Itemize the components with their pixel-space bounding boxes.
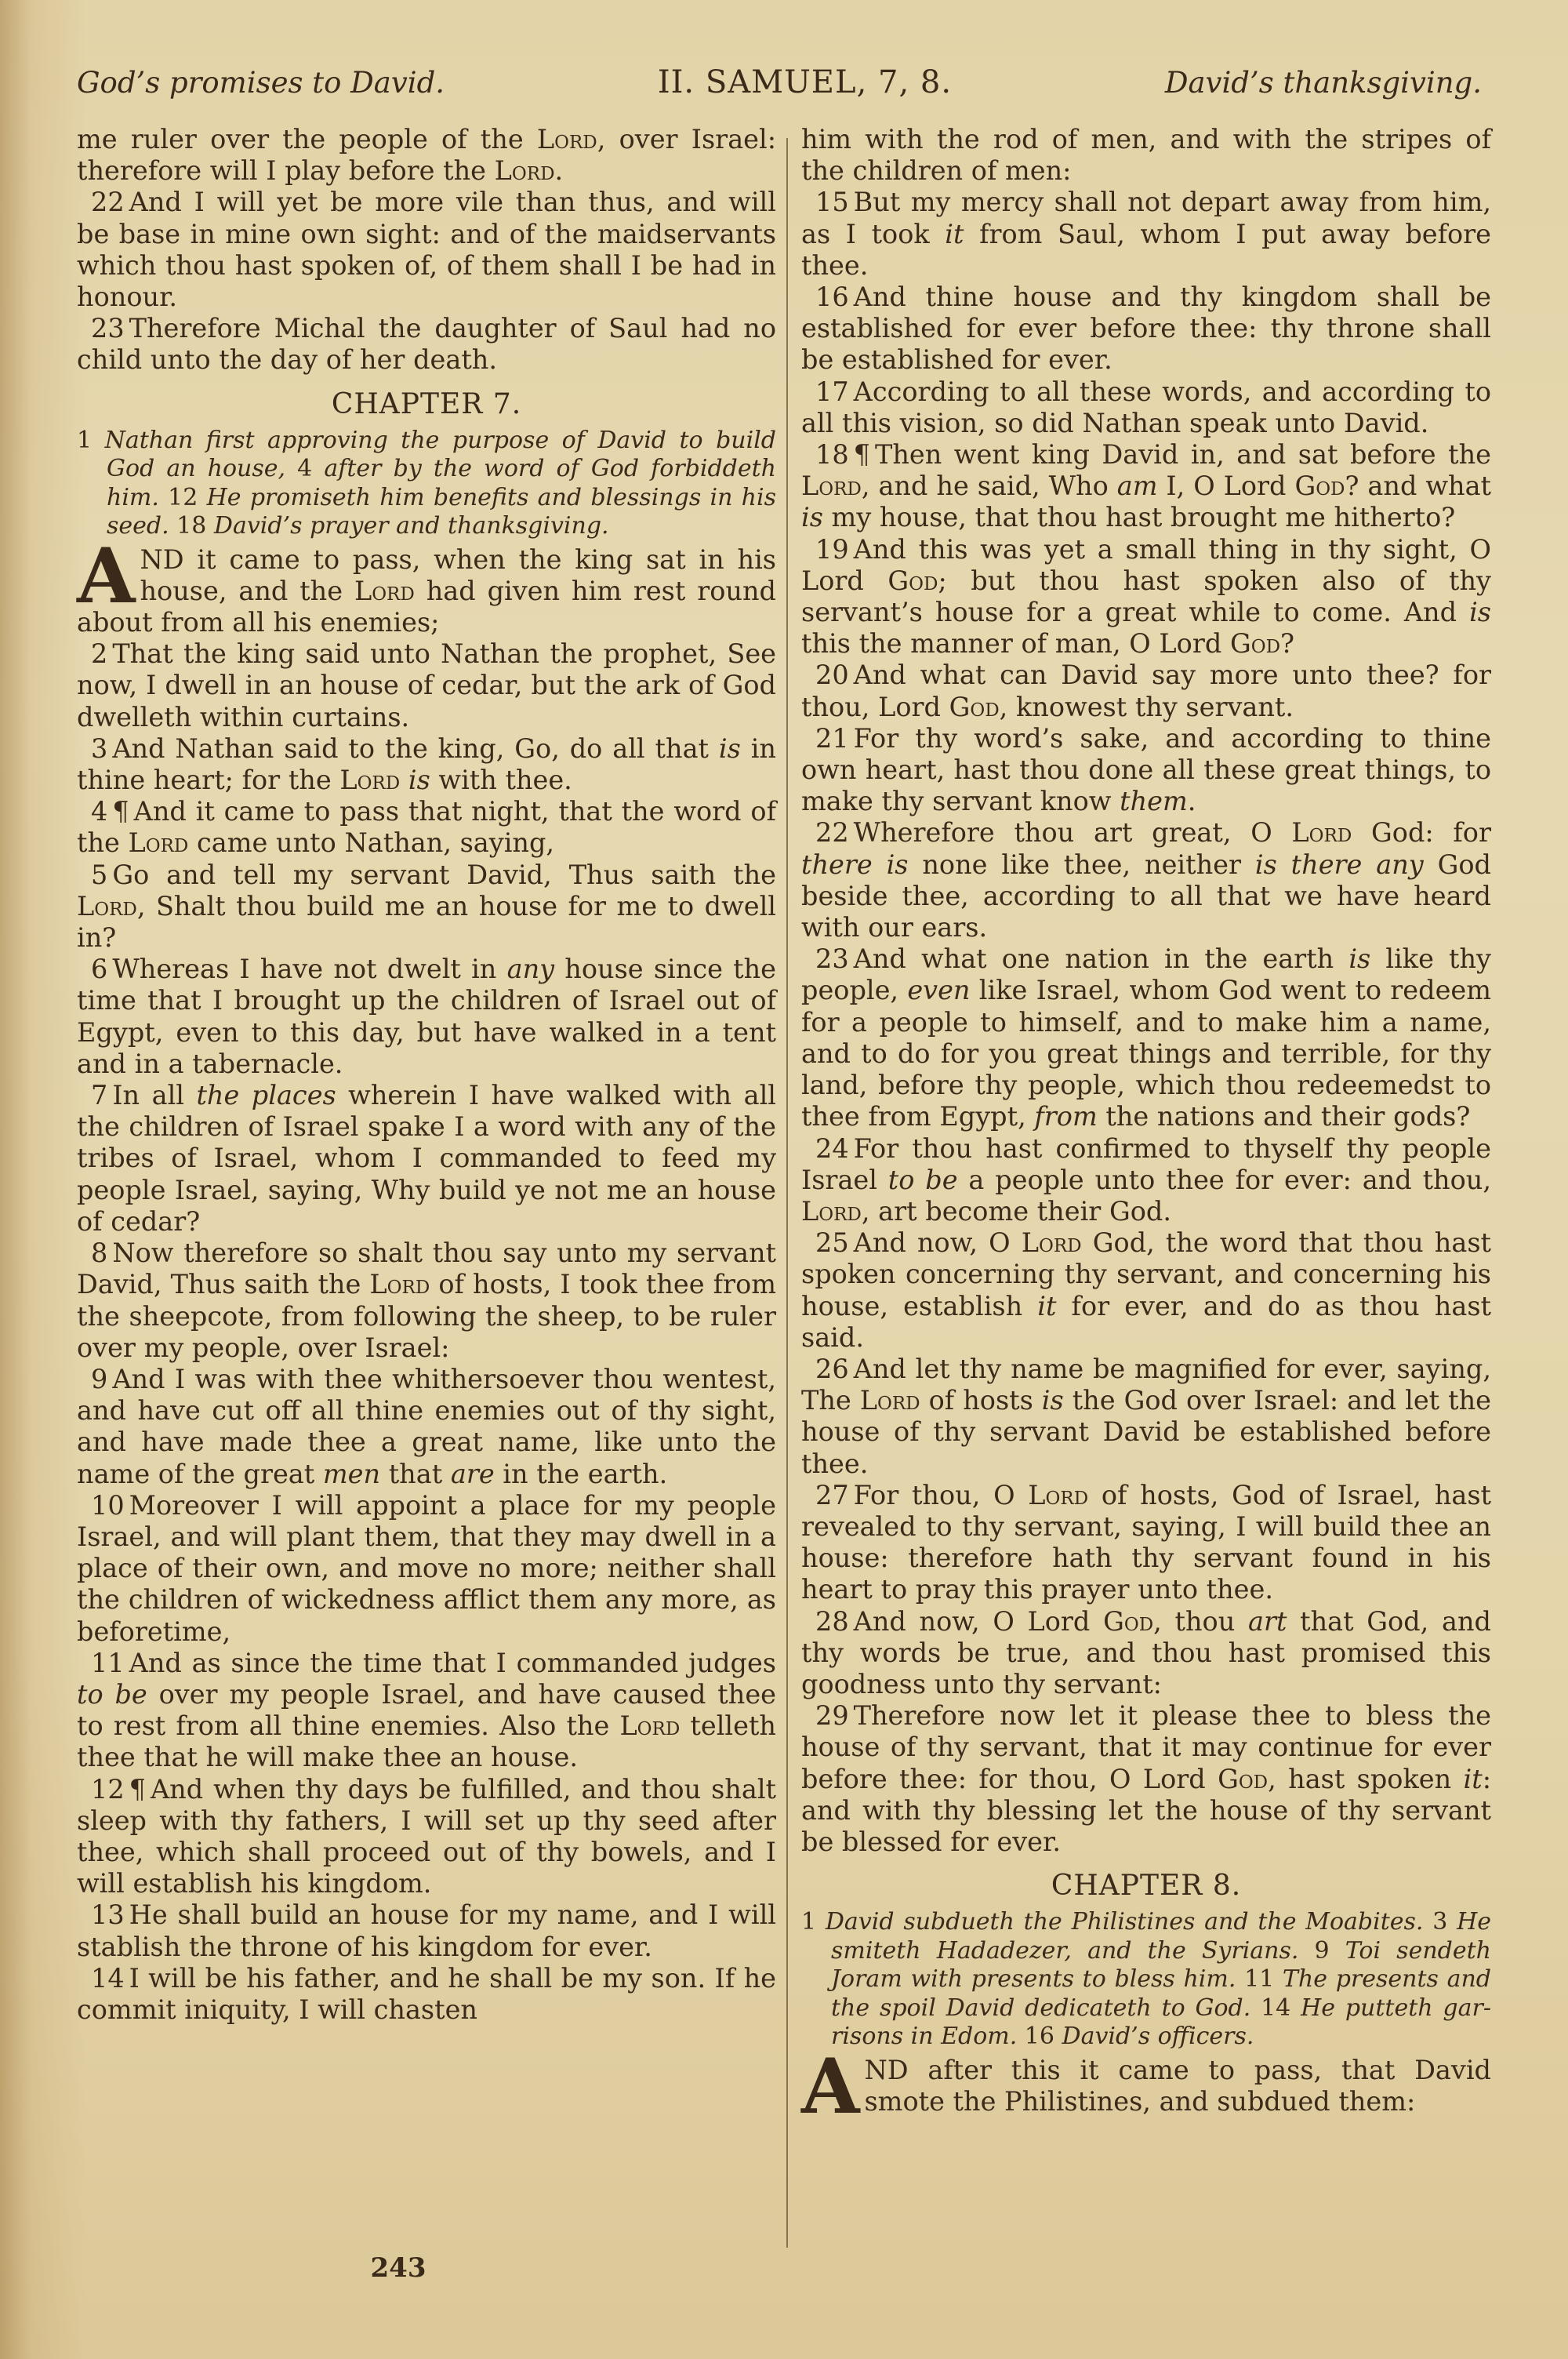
verse: 4¶And it came to pass that night, that t… bbox=[77, 796, 776, 859]
verse-reference: 9 bbox=[1315, 1937, 1330, 1965]
italic-text: art bbox=[1248, 1606, 1287, 1637]
italic-text: there is bbox=[801, 849, 908, 880]
italic-text: is bbox=[801, 502, 823, 533]
text-run: David’s prayer and thanksgiving. bbox=[206, 512, 608, 540]
verse: 14I will be his father, and he shall be … bbox=[77, 1963, 776, 2026]
text-run: ? and what bbox=[1345, 471, 1492, 501]
small-caps-text: God bbox=[1218, 1764, 1268, 1794]
text-run: me ruler over the people of the bbox=[77, 124, 537, 154]
chapter8-verse-1: AND after this it came to pass, that Dav… bbox=[801, 2055, 1491, 2117]
verse-number: 26 bbox=[815, 1354, 849, 1384]
verse-number: 23 bbox=[91, 313, 125, 343]
small-caps-text: Lord bbox=[129, 827, 189, 858]
small-caps-text: God bbox=[887, 565, 938, 596]
verse: 19And this was yet a small thing in thy … bbox=[801, 534, 1491, 660]
verse: 15But my mercy shall not depart away fro… bbox=[801, 187, 1491, 282]
left-column: me ruler over the people of the Lord, ov… bbox=[77, 124, 776, 2026]
text-run: God: for bbox=[1352, 817, 1491, 848]
italic-text: to be bbox=[77, 1679, 147, 1710]
verse-number: 8 bbox=[91, 1238, 107, 1268]
small-caps-text: Lord bbox=[77, 891, 137, 921]
carryover-text: him with the rod of men, and with the st… bbox=[801, 124, 1491, 187]
verse: 22And I will yet be more vile than thus,… bbox=[77, 187, 776, 313]
text-run: Go and tell my servant David, Thus saith… bbox=[112, 860, 776, 890]
verse-number: 11 bbox=[91, 1648, 125, 1678]
text-run: of hosts bbox=[920, 1385, 1042, 1416]
italic-text: is bbox=[719, 733, 741, 764]
running-head-left: God’s promises to David. bbox=[77, 66, 445, 100]
verse-number: 22 bbox=[815, 817, 849, 848]
verse: 24For thou hast confirmed to thyself thy… bbox=[801, 1133, 1491, 1228]
text-run: , hast spoken bbox=[1268, 1764, 1463, 1794]
page-number: 243 bbox=[359, 2252, 437, 2284]
verse: 26And let thy name be magnified for ever… bbox=[801, 1354, 1491, 1480]
chapter-heading-7: CHAPTER 7. bbox=[77, 387, 776, 422]
text-run: I will be his father, and he shall be my… bbox=[77, 1963, 776, 2025]
text-run: And now, O Lord bbox=[854, 1606, 1103, 1637]
text-run: came unto Nathan, saying, bbox=[188, 827, 554, 858]
text-run: my house, that thou hast brought me hith… bbox=[823, 502, 1455, 533]
verse-number: 4 bbox=[91, 796, 107, 827]
verse: 23Therefore Michal the daughter of Saul … bbox=[77, 313, 776, 376]
verse-number: 20 bbox=[815, 660, 849, 690]
text-run: In all bbox=[112, 1080, 196, 1110]
verse: 10Moreover I will appoint a place for my… bbox=[77, 1490, 776, 1648]
text-run: with thee. bbox=[430, 765, 572, 795]
small-caps-text: Lord bbox=[619, 1710, 680, 1741]
italic-text: to be bbox=[888, 1165, 958, 1195]
text-run: , knowest thy servant. bbox=[1000, 692, 1294, 722]
verse: 18¶Then went king David in, and sat befo… bbox=[801, 439, 1491, 534]
verse-number: 5 bbox=[91, 860, 107, 890]
small-caps-text: Lord bbox=[354, 576, 415, 606]
pilcrow-icon: ¶ bbox=[854, 439, 870, 470]
text-run: He shall build an house for my name, and… bbox=[77, 1899, 776, 1961]
verse-number: 16 bbox=[815, 282, 849, 312]
verse-number: 2 bbox=[91, 638, 107, 669]
verse-reference: 12 bbox=[168, 484, 198, 511]
text-run: ? bbox=[1280, 628, 1294, 659]
verse: 21For thy word’s sake, and according to … bbox=[801, 723, 1491, 818]
verse: 9And I was with thee whithersoever thou … bbox=[77, 1364, 776, 1490]
verse: 27For thou, O Lord of hosts, God of Isra… bbox=[801, 1480, 1491, 1606]
italic-text: am bbox=[1117, 471, 1158, 501]
column-divider bbox=[786, 138, 788, 2248]
text-run: And now, O bbox=[854, 1227, 1022, 1258]
summary-number: 1 bbox=[77, 427, 92, 454]
text-run: Therefore Michal the daughter of Saul ha… bbox=[77, 313, 776, 375]
text-run: none like thee, neither bbox=[908, 849, 1254, 880]
verse-reference: 14 bbox=[1261, 1994, 1290, 2022]
text-run: And Nathan said to the king, Go, do all … bbox=[112, 733, 719, 764]
chapter7-verses-right: 15But my mercy shall not depart away fro… bbox=[801, 187, 1491, 1858]
verse-text: ND it came to pass, when the king sat in… bbox=[77, 544, 776, 638]
small-caps-text: God bbox=[1103, 1606, 1153, 1637]
text-run bbox=[400, 765, 408, 795]
text-run: , Shalt thou build me an house for me to… bbox=[77, 891, 776, 953]
small-caps-text: Lord bbox=[495, 155, 555, 186]
verse: 8Now therefore so shalt thou say unto my… bbox=[77, 1238, 776, 1364]
verse-number: 29 bbox=[815, 1700, 849, 1731]
text-run: , and he said, Who bbox=[862, 471, 1117, 501]
text-run: this the manner of man, O Lord bbox=[801, 628, 1230, 659]
italic-text: men bbox=[323, 1459, 380, 1489]
summary-number: 1 bbox=[801, 1908, 816, 1936]
verse-number: 23 bbox=[815, 943, 849, 974]
text-run: And as since the time that I command­ed … bbox=[129, 1648, 776, 1678]
italic-text: from bbox=[1034, 1101, 1097, 1132]
verse: 20And what can David say more unto thee?… bbox=[801, 660, 1491, 722]
italic-text: is bbox=[1348, 943, 1370, 974]
italic-text: is bbox=[408, 765, 430, 795]
verse-number: 24 bbox=[815, 1133, 849, 1164]
text-run: David’s officers. bbox=[1054, 2023, 1254, 2050]
text-run: According to all these words, and ac­cor… bbox=[801, 376, 1491, 438]
text-run: For thou, O bbox=[854, 1480, 1029, 1510]
pilcrow-icon: ¶ bbox=[112, 796, 129, 827]
verse-number: 6 bbox=[91, 954, 107, 984]
verse-number: 18 bbox=[815, 439, 849, 470]
text-run: I, O Lord bbox=[1157, 471, 1294, 501]
verse-reference: 18 bbox=[176, 512, 206, 540]
verses-before-chapter7: 22And I will yet be more vile than thus,… bbox=[77, 187, 776, 376]
italic-text: it bbox=[945, 219, 964, 249]
italic-text: it bbox=[1037, 1291, 1056, 1321]
text-run: ND after this it came to pass, that Davi… bbox=[864, 2055, 1491, 2117]
drop-cap: A bbox=[77, 546, 135, 607]
text-run: Whereas I have not dwelt in bbox=[112, 954, 506, 984]
text-run: And what one nation in the earth bbox=[854, 943, 1349, 974]
text-run: Moreover I will appoint a place for my p… bbox=[77, 1490, 776, 1647]
small-caps-text: God bbox=[949, 692, 1000, 722]
small-caps-text: Lord bbox=[801, 1196, 862, 1227]
carryover-text: me ruler over the people of the Lord, ov… bbox=[77, 124, 776, 187]
running-head: God’s promises to David. II. SAMUEL, 7, … bbox=[77, 64, 1482, 111]
right-column: him with the rod of men, and with the st… bbox=[801, 124, 1491, 2117]
italic-text: even bbox=[907, 975, 970, 1005]
verse: 23And what one nation in the earth is li… bbox=[801, 943, 1491, 1132]
small-caps-text: God bbox=[1230, 628, 1280, 659]
verse-number: 9 bbox=[91, 1364, 107, 1394]
running-head-book-chapter: II. SAMUEL, 7, 8. bbox=[658, 64, 952, 100]
chapter7-verse-1: AND it came to pass, when the king sat i… bbox=[77, 544, 776, 639]
verse: 5Go and tell my servant David, Thus sait… bbox=[77, 860, 776, 954]
running-head-right: David’s thanksgiving. bbox=[1165, 66, 1482, 100]
text-run: the nations and their gods? bbox=[1098, 1101, 1471, 1132]
summary-text: David subdueth the Philistines and the M… bbox=[826, 1908, 1491, 2050]
text-run: , thou bbox=[1153, 1606, 1248, 1637]
text-run: And thine house and thy kingdom shall be… bbox=[801, 282, 1491, 375]
small-caps-text: Lord bbox=[1022, 1227, 1082, 1258]
italic-text: are bbox=[451, 1459, 495, 1489]
verse-reference: 3 bbox=[1432, 1908, 1447, 1936]
verse-number: 17 bbox=[815, 376, 849, 407]
verse: 16And thine house and thy kingdom shall … bbox=[801, 282, 1491, 376]
verse: 17According to all these words, and ac­c… bbox=[801, 376, 1491, 439]
small-caps-text: Lord bbox=[339, 765, 400, 795]
small-caps-text: Lord bbox=[537, 124, 597, 154]
verse-reference: 16 bbox=[1025, 2023, 1054, 2050]
text-run: him with the rod of men, and with the st… bbox=[801, 124, 1491, 186]
verse-number: 25 bbox=[815, 1227, 849, 1258]
verse: 28And now, O Lord God, thou art that God… bbox=[801, 1606, 1491, 1701]
verse-number: 3 bbox=[91, 733, 107, 764]
verse-number: 14 bbox=[91, 1963, 125, 1994]
summary-text: Nathan first approving the purpose of Da… bbox=[105, 427, 776, 540]
verse-number: 27 bbox=[815, 1480, 849, 1510]
small-caps-text: Lord bbox=[369, 1269, 430, 1299]
small-caps-text: God bbox=[1294, 471, 1345, 501]
verse-number: 28 bbox=[815, 1606, 849, 1637]
italic-text: them bbox=[1120, 786, 1188, 816]
text-run: That the king said unto Nathan the pro­p… bbox=[77, 638, 776, 732]
verse-number: 19 bbox=[815, 534, 849, 565]
text-run: . bbox=[555, 155, 564, 186]
text-run: And I will yet be more vile than thus, a… bbox=[77, 187, 776, 312]
italic-text: the places bbox=[196, 1080, 336, 1110]
verse-reference: 4 bbox=[297, 455, 312, 482]
verse: 6Whereas I have not dwelt in any house s… bbox=[77, 954, 776, 1080]
verse-number: 10 bbox=[91, 1490, 125, 1521]
verse-number: 21 bbox=[815, 723, 849, 754]
small-caps-text: Lord bbox=[860, 1385, 920, 1416]
text-run: David subdueth the Philistines and the M… bbox=[826, 1908, 1432, 1936]
text-run: . bbox=[1188, 786, 1196, 816]
text-run: that bbox=[380, 1459, 451, 1489]
text-run: Then went king David in, and sat before … bbox=[875, 439, 1491, 470]
verse-reference: 11 bbox=[1244, 1965, 1274, 1993]
text-run: a people unto thee for ever: and thou, bbox=[958, 1165, 1491, 1195]
italic-text: is there any bbox=[1255, 849, 1424, 880]
text-run: Wherefore thou art great, O bbox=[854, 817, 1292, 848]
verse-number: 7 bbox=[91, 1080, 107, 1110]
text-run: in the earth. bbox=[495, 1459, 668, 1489]
verse: 29Therefore now let it please thee to bl… bbox=[801, 1700, 1491, 1858]
small-caps-text: Lord bbox=[1291, 817, 1352, 848]
italic-text: is bbox=[1469, 597, 1491, 627]
verse: 22Wherefore thou art great, O Lord God: … bbox=[801, 817, 1491, 943]
chapter-summary-7: 1 Nathan first approving the purpose of … bbox=[77, 427, 776, 541]
chapter-heading-8: CHAPTER 8. bbox=[801, 1869, 1491, 1903]
verse-number: 13 bbox=[91, 1899, 125, 1930]
italic-text: it bbox=[1464, 1764, 1483, 1794]
verse: 2That the king said unto Nathan the pro­… bbox=[77, 638, 776, 733]
verse: 11And as since the time that I command­e… bbox=[77, 1648, 776, 1774]
verse-text: ND after this it came to pass, that Davi… bbox=[864, 2055, 1491, 2117]
chapter7-verses-left: 2That the king said unto Nathan the pro­… bbox=[77, 638, 776, 2026]
text-run: , art become their God. bbox=[862, 1196, 1171, 1227]
verse: 3And Nathan said to the king, Go, do all… bbox=[77, 733, 776, 796]
verse: 7In all the places wherein I have walked… bbox=[77, 1080, 776, 1238]
verse: 12¶And when thy days be fulfilled, and t… bbox=[77, 1774, 776, 1900]
small-caps-text: Lord bbox=[801, 471, 862, 501]
chapter-summary-8: 1 David subdueth the Philistines and the… bbox=[801, 1908, 1491, 2052]
pilcrow-icon: ¶ bbox=[129, 1774, 146, 1805]
small-caps-text: Lord bbox=[1028, 1480, 1088, 1510]
text-run: And when thy days be fulfilled, and thou… bbox=[77, 1774, 776, 1899]
verse: 13He shall build an house for my name, a… bbox=[77, 1899, 776, 1962]
drop-cap: A bbox=[801, 2056, 859, 2117]
italic-text: is bbox=[1042, 1385, 1064, 1416]
italic-text: any bbox=[507, 954, 554, 984]
bible-page: God’s promises to David. II. SAMUEL, 7, … bbox=[0, 0, 1568, 2359]
verse-number: 22 bbox=[91, 187, 125, 217]
verse-number: 15 bbox=[815, 187, 849, 217]
verse-number: 12 bbox=[91, 1774, 125, 1805]
verse: 25And now, O Lord God, the word that tho… bbox=[801, 1227, 1491, 1354]
